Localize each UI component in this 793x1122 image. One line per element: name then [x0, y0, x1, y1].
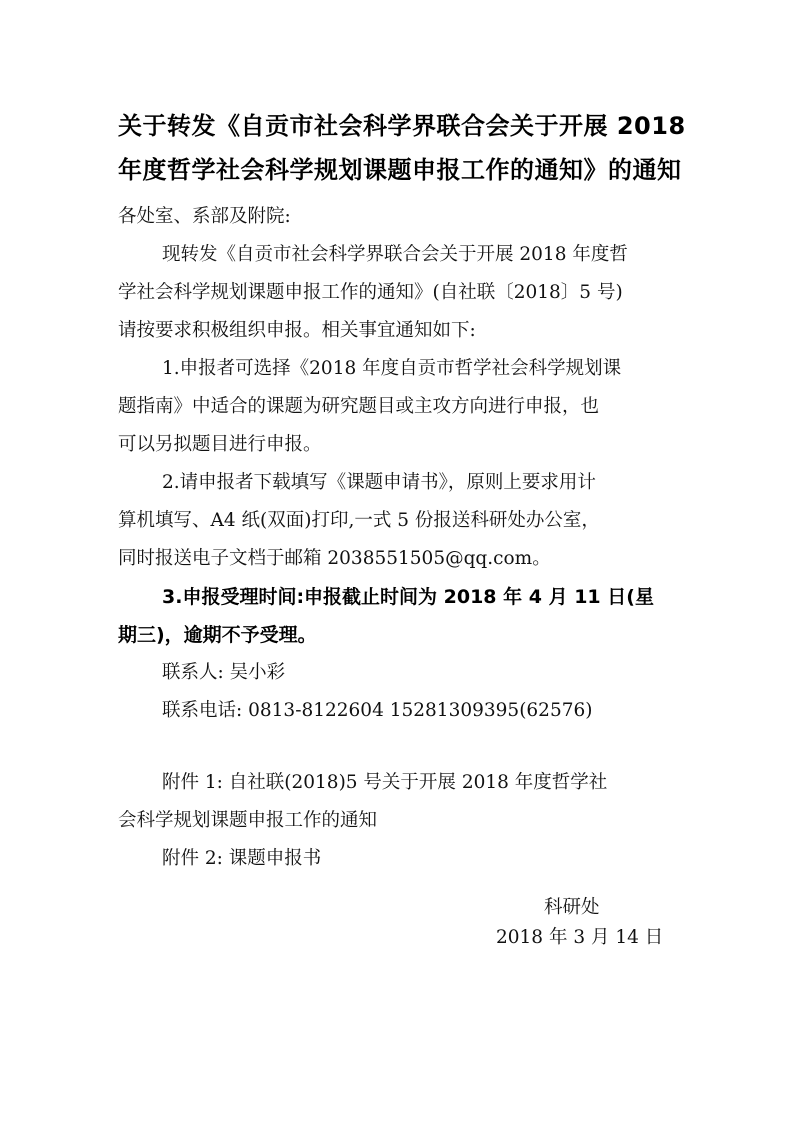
intro-line: 请按要求积极组织申报。相关事宜通知如下:: [118, 312, 678, 350]
document-title: 关于转发《自贡市社会科学界联合会关于开展 2018 年度哲学社会科学规划课题申报…: [118, 104, 683, 192]
contact-phone: 联系电话: 0813-8122604 15281309395(62576): [118, 692, 678, 730]
intro-line: 现转发《自贡市社会科学界联合会关于开展 2018 年度哲: [118, 236, 678, 274]
item-1-line: 1.申报者可选择《2018 年度自贡市哲学社会科学规划课: [118, 350, 678, 388]
spacer: [118, 730, 678, 764]
item-2-line: 2.请申报者下载填写《课题申请书》，原则上要求用计: [118, 464, 678, 502]
attachment-2: 附件 2: 课题申报书: [118, 840, 678, 878]
item-3-deadline-line: 3.申报受理时间:申报截止时间为 2018 年 4 月 11 日(星: [118, 578, 678, 616]
document-body: 各处室、系部及附院: 现转发《自贡市社会科学界联合会关于开展 2018 年度哲 …: [118, 198, 678, 878]
signature-block: 科研处 2018 年 3 月 14 日: [496, 893, 676, 953]
signature-date: 2018 年 3 月 14 日: [496, 923, 676, 953]
item-1-line: 可以另拟题目进行申报。: [118, 426, 678, 464]
signature-department: 科研处: [496, 893, 676, 923]
attachment-1-line: 附件 1: 自社联(2018)5 号关于开展 2018 年度哲学社: [118, 764, 678, 802]
document-page: 关于转发《自贡市社会科学界联合会关于开展 2018 年度哲学社会科学规划课题申报…: [0, 0, 793, 1122]
attachment-1-line: 会科学规划课题申报工作的通知: [118, 802, 678, 840]
contact-person: 联系人: 吴小彩: [118, 654, 678, 692]
item-1-line: 题指南》中适合的课题为研究题目或主攻方向进行申报，也: [118, 388, 678, 426]
title-line: 关于转发《自贡市社会科学界联合会关于开展 2018: [118, 104, 683, 148]
item-2-line: 算机填写、A4 纸(双面)打印,一式 5 份报送科研处办公室，: [118, 502, 678, 540]
intro-line: 学社会科学规划课题申报工作的通知》(自社联〔2018〕5 号): [118, 274, 678, 312]
item-2-line: 同时报送电子文档于邮箱 2038551505@qq.com。: [118, 540, 678, 578]
salutation: 各处室、系部及附院:: [118, 198, 678, 236]
item-3-deadline-line: 期三)，逾期不予受理。: [118, 616, 678, 654]
title-line: 年度哲学社会科学规划课题申报工作的通知》的通知: [118, 148, 683, 192]
